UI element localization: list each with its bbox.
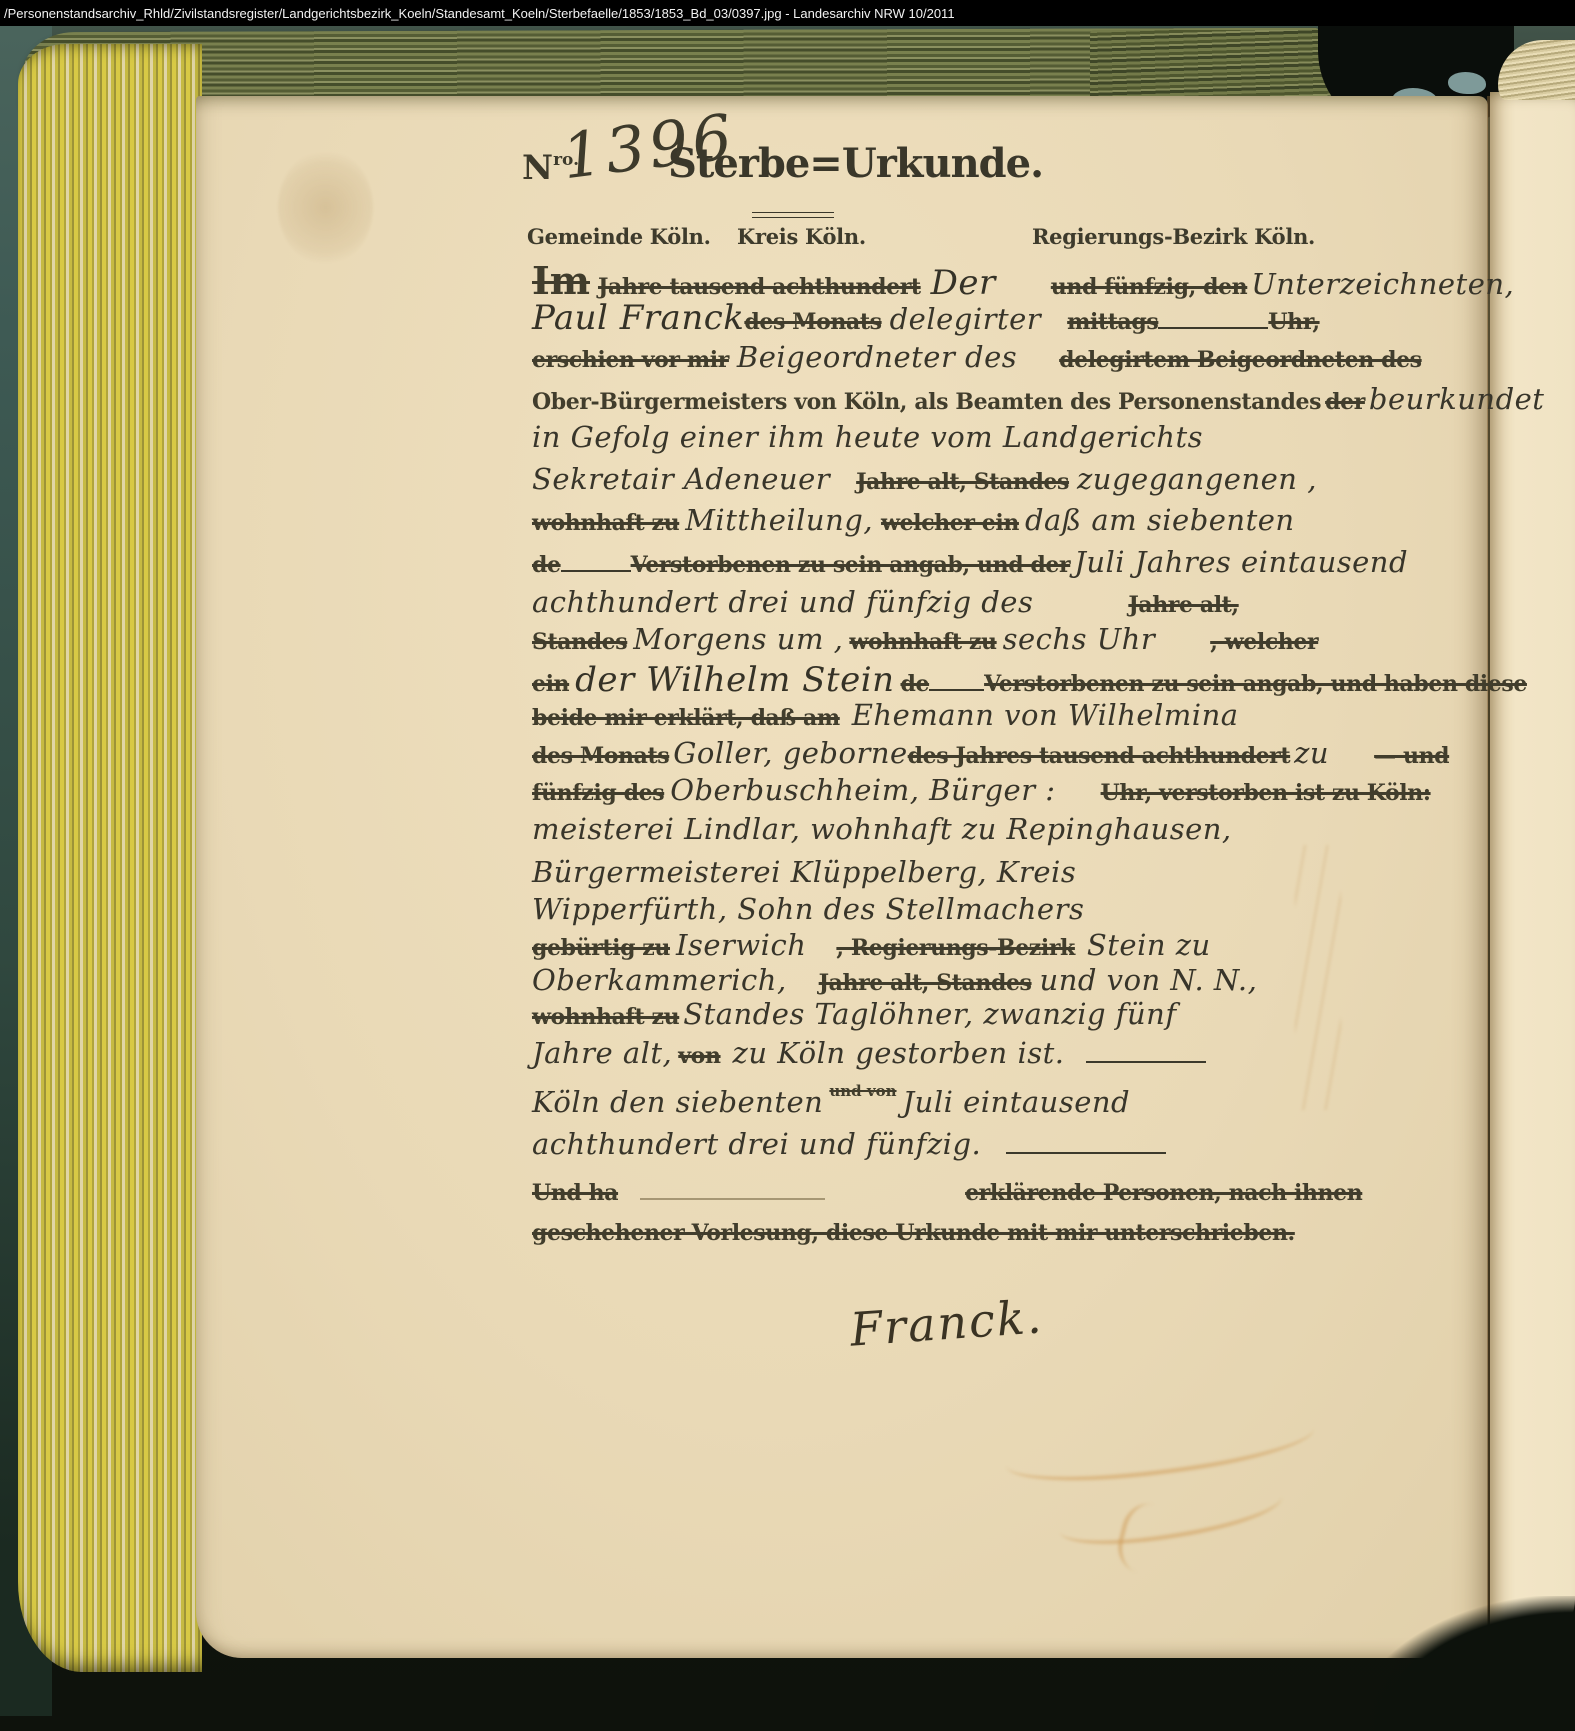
printed-text-struck: des Monats [532, 743, 669, 769]
printed-text-struck: fünfzig des [532, 780, 664, 806]
handwritten-text: achthundert drei und fünfzig des [532, 585, 1033, 619]
document-content: Nro. 1396 Sterbe=Urkunde. Gemeinde Köln.… [0, 0, 1575, 1731]
handwritten-text: Bürgermeisterei Klüppelberg, Kreis [532, 855, 1076, 889]
printed-text-struck: de [901, 671, 930, 697]
handwritten-text: und von N. N., [1040, 963, 1258, 997]
printed-text-struck: Und ha [532, 1180, 618, 1206]
printed-text-struck: Uhr, [1268, 309, 1319, 335]
printed-text-struck: Jahre alt, Standes [819, 970, 1032, 996]
printed-text-struck: beide mir erklärt, daß am [532, 705, 840, 731]
handwritten-text: Jahre alt, [532, 1036, 672, 1070]
document-line: achthundert drei und fünfzig. [532, 1127, 1166, 1173]
printed-text-struck: mittags [1067, 309, 1158, 335]
handwritten-text: der Wilhelm Stein [575, 660, 894, 700]
printed-text-struck: , Regierungs-Bezirk [836, 935, 1075, 961]
printed-text-struck: wohnhaft zu [849, 629, 996, 655]
printed-text: Ober-Bürgermeisters von Köln, als Beamte… [532, 389, 1321, 415]
ink-rule [561, 552, 631, 572]
printed-text-struck: welcher ein [881, 510, 1019, 536]
printed-text-struck: Jahre alt, [1128, 592, 1238, 618]
printed-text-struck: und von [829, 1082, 896, 1100]
printed-text-struck: und fünfzig, den [1051, 274, 1247, 300]
handwritten-text: meisterei Lindlar, wohnhaft zu Repinghau… [532, 812, 1232, 846]
printed-text-struck: Jahre tausend achthundert [598, 274, 921, 300]
handwritten-text: Ehemann von Wilhelmina [852, 698, 1239, 732]
handwritten-text: Wipperfürth, Sohn des Stellmachers [532, 892, 1084, 926]
printed-text-struck: der [1325, 389, 1365, 415]
handwritten-text: Juli eintausend [903, 1085, 1131, 1119]
document-line: Sekretair AdeneuerJahre alt, Standeszuge… [532, 462, 1317, 508]
handwritten-text: Oberbuschheim, Bürger : [670, 773, 1055, 807]
handwritten-text: Standes Taglöhner, zwanzig fünf [683, 997, 1176, 1031]
faint-rule [640, 1180, 825, 1200]
printed-text: Im [532, 258, 590, 303]
printed-text-struck: Jahre alt, Standes [856, 469, 1069, 495]
printed-text-struck: geschehener Vorlesung, diese Urkunde mit… [532, 1220, 1295, 1246]
printed-text-struck: Verstorbenen zu sein angab, und der [631, 552, 1071, 578]
printed-text-struck: Standes [532, 629, 627, 655]
printed-text-struck: wohnhaft zu [532, 1004, 679, 1030]
handwritten-text: Oberkammerich, [532, 963, 787, 997]
printed-text-struck: von [678, 1043, 720, 1069]
printed-text-struck: Verstorbenen zu sein angab, und haben di… [984, 671, 1527, 697]
printed-text-struck: erklärende Personen, nach ihnen [965, 1180, 1362, 1206]
document-line: meisterei Lindlar, wohnhaft zu Repinghau… [532, 812, 1232, 858]
printed-text-struck: erschien vor mir [532, 347, 729, 373]
document-line: in Gefolg einer ihm heute vom Landgerich… [532, 420, 1203, 466]
printed-text-struck: ein [532, 671, 569, 697]
document-line: Paul Franckdes MonatsdelegirtermittagsUh… [532, 298, 1320, 344]
document-body: ImJahre tausend achthundertDerund fünfzi… [532, 0, 1448, 1731]
ink-rule [1086, 1043, 1206, 1063]
printed-text-struck: wohnhaft zu [532, 510, 679, 536]
handwritten-text: daß am siebenten [1025, 503, 1295, 537]
printed-text-struck: gebürtig zu [532, 935, 670, 961]
document-line: Jahre alt,vonzu Köln gestorben ist. [532, 1036, 1206, 1082]
handwritten-text: beurkundet [1369, 382, 1545, 416]
handwritten-text: sechs Uhr [1003, 622, 1156, 656]
title-bar: /Personenstandsarchiv_Rhld/Zivilstandsre… [0, 0, 1575, 26]
file-path-text: /Personenstandsarchiv_Rhld/Zivilstandsre… [0, 6, 955, 21]
handwritten-text: Unterzeichneten, [1251, 267, 1514, 301]
handwritten-text: Juli Jahres eintausend [1074, 545, 1408, 579]
printed-text-struck: des Monats [744, 309, 881, 335]
handwritten-text: Beigeordneter des [737, 340, 1017, 374]
handwritten-text: achthundert drei und fünfzig. [532, 1127, 981, 1161]
ink-rule [929, 671, 984, 691]
handwritten-text: Der [931, 263, 996, 303]
printed-text-struck: des Jahres tausend achthundert [908, 743, 1290, 769]
handwritten-text: Sekretair Adeneuer [532, 462, 830, 496]
handwritten-text: Goller, geborne [673, 736, 907, 770]
document-line: wohnhaft zuMittheilung,welcher eindaß am… [532, 503, 1295, 549]
handwritten-text: Iserwich [676, 928, 806, 962]
handwritten-text: zugegangenen , [1077, 462, 1317, 496]
document-line: erschien vor mirBeigeordneter desdelegir… [532, 340, 1422, 386]
handwritten-text: Mittheilung, [685, 503, 873, 537]
handwritten-text: zu Köln gestorben ist. [733, 1036, 1065, 1070]
ink-rule [1158, 309, 1268, 329]
handwritten-text: Stein zu [1087, 928, 1211, 962]
handwritten-text: zu [1294, 736, 1329, 770]
document-line: Köln den siebentenund vonJuli eintausend [532, 1082, 1130, 1128]
handwritten-text: delegirter [890, 302, 1042, 336]
document-line: geschehener Vorlesung, diese Urkunde mit… [532, 1220, 1295, 1266]
handwritten-text: in Gefolg einer ihm heute vom Landgerich… [532, 420, 1203, 454]
printed-text-struck: de [532, 552, 561, 578]
archive-scan-viewer: /Personenstandsarchiv_Rhld/Zivilstandsre… [0, 0, 1575, 1731]
handwritten-text: Paul Franck [532, 298, 744, 338]
printed-text-struck: , welcher [1210, 629, 1318, 655]
handwritten-text: Köln den siebenten [532, 1085, 823, 1119]
handwritten-text: Morgens um , [633, 622, 843, 656]
printed-text-struck: Uhr, verstorben ist zu Köln: [1101, 780, 1431, 806]
printed-text-struck: delegirtem Beigeordneten des [1059, 347, 1422, 373]
printed-text-struck: — und [1374, 743, 1449, 769]
ink-rule [1006, 1134, 1166, 1154]
